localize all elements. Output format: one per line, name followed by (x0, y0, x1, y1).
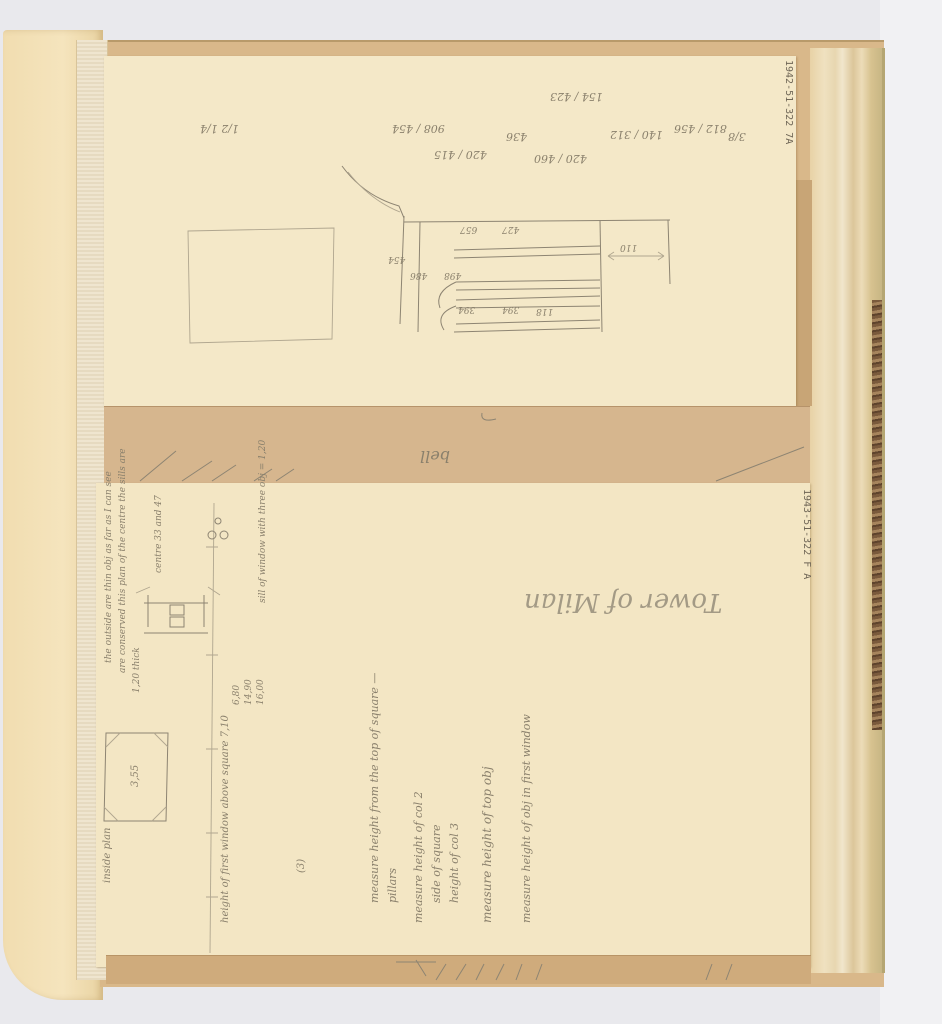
bell-note: bell (420, 447, 450, 466)
hatch-marks (104, 407, 810, 485)
dimension-label: 454 (388, 254, 405, 264)
measure-note: pillars (386, 868, 399, 903)
accession-number-top: 1942-51-322 7A (783, 60, 794, 144)
measurement: 6,80 (232, 685, 242, 705)
plan-dimension: 3,55 (130, 765, 141, 787)
middle-board-band: bell (104, 406, 810, 486)
measure-note: measure height of col 2 (412, 791, 425, 923)
calc-note: 812 / 456 (674, 122, 727, 135)
margin-note: are conserved this plan of the centre th… (118, 448, 128, 673)
measure-note: measure height of top obj (480, 766, 494, 923)
height-note: (3) (296, 859, 307, 873)
dimension-label: 110 (620, 242, 637, 252)
margin-note: 1,20 thick (132, 647, 142, 693)
measurement: 14,90 (244, 679, 254, 705)
torn-paper-edge (796, 180, 812, 406)
background-right (880, 0, 942, 1024)
dimension-label: 657 (460, 224, 477, 234)
height-note: height of first window above square 7,10 (220, 715, 231, 923)
bottom-hatch-marks (106, 956, 811, 984)
margin-note: centre 33 and 47 (154, 495, 164, 573)
top-sketch-sheet: 1942-51-322 7A 1/2 1/4 908 / 454 420 / 4… (104, 56, 796, 406)
bottom-sketch-sheet: 1943-51-322 F A Tower of Milan inside pl… (96, 483, 810, 967)
calc-note: 140 / 312 (610, 128, 663, 141)
inside-plan-label: inside plan (102, 828, 113, 883)
calc-note: 420 / 415 (434, 148, 487, 161)
calc-note: 420 / 460 (534, 152, 587, 165)
margin-note: the outside are thin obj as far as I can… (104, 471, 114, 663)
measure-note: measure height of obj in first window (520, 714, 533, 923)
calc-note: 436 (506, 130, 527, 143)
dimension-label: 498 (444, 270, 461, 280)
calc-note: 908 / 454 (392, 122, 445, 135)
measurement: 16,00 (256, 679, 266, 705)
measure-note: side of square (430, 825, 443, 904)
measure-note: measure height from the top of square — (368, 673, 381, 903)
dimension-label: 118 (536, 306, 553, 316)
calc-note: 1/2 1/4 (200, 122, 239, 135)
bottom-board-strip (106, 955, 811, 984)
dimension-label: 394 (458, 304, 475, 314)
measure-note: height of col 3 (448, 823, 461, 903)
calc-note: 154 / 423 (550, 90, 603, 103)
margin-note: sill of window with three obj = 1,20 (258, 440, 268, 603)
accession-number-bottom: 1943-51-322 F A (801, 489, 812, 579)
tower-elevation-sketch (104, 56, 796, 406)
dimension-label: 486 (410, 270, 427, 280)
marbled-cover-edge (872, 300, 882, 730)
dimension-label: 394 (502, 304, 519, 314)
calc-note: 3/8 (728, 130, 746, 143)
tower-of-milan-title: Tower of Milan (524, 587, 722, 617)
dimension-label: 427 (502, 224, 519, 234)
